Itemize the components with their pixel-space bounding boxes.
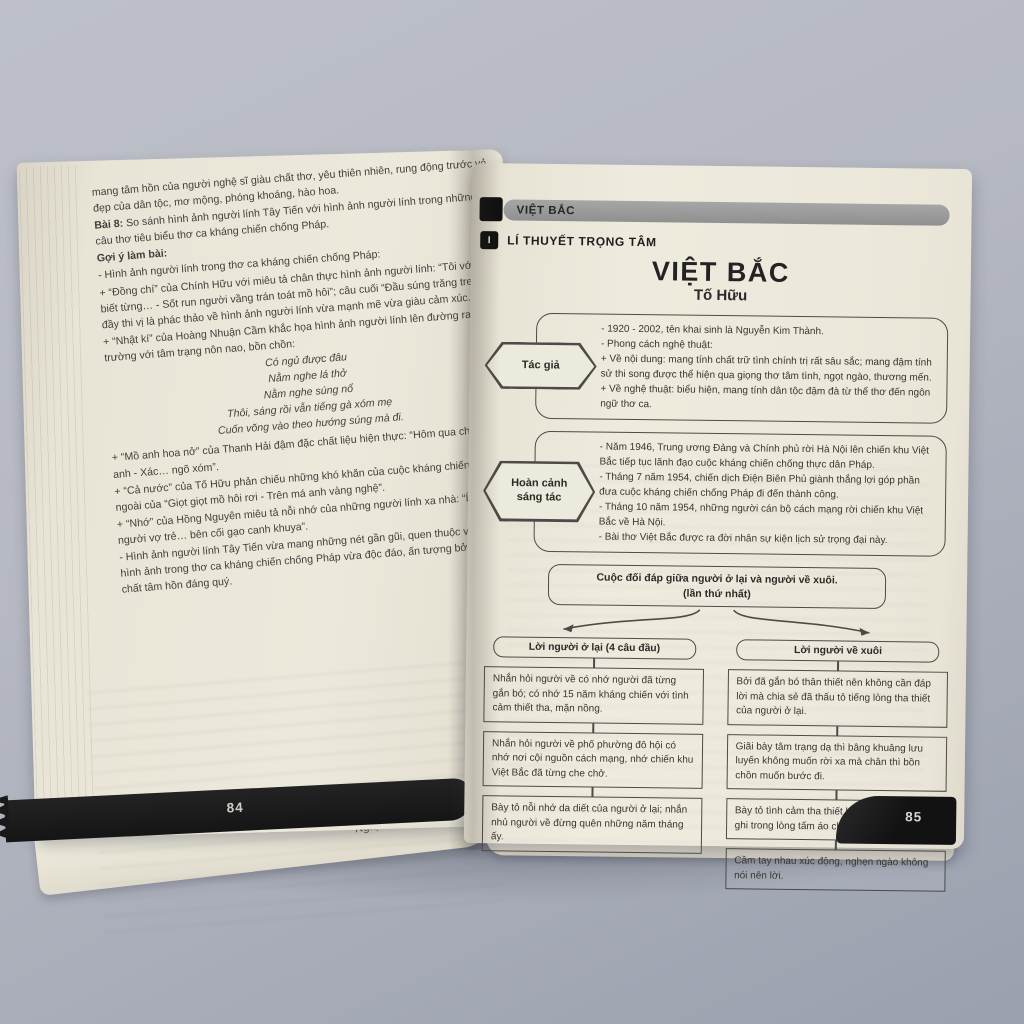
section-title: LÍ THUYẾT TRỌNG TÂM	[507, 233, 657, 249]
chapter-marker-icon	[479, 197, 502, 221]
info-line: - Tháng 10 năm 1954, những người cán bộ …	[599, 500, 933, 534]
author-info-block: Tác giả - 1920 - 2002, tên khai sinh là …	[535, 313, 948, 424]
left-page-text: mang tâm hồn của người nghệ sĩ giàu chất…	[91, 155, 523, 599]
info-line: - Tháng 7 năm 1954, chiến dịch Điện Biên…	[599, 470, 933, 504]
hexagon-label-text: Hoàn cảnh sáng tác	[484, 462, 594, 521]
hexagon-label: Tác giả	[484, 342, 597, 390]
info-line: + Về nội dung: mang tính chất trữ tình c…	[601, 352, 935, 386]
hexagon-label: Hoàn cảnh sáng tác	[483, 460, 596, 522]
chapter-title: VIỆT BẮC	[517, 204, 576, 217]
section-header: I LÍ THUYẾT TRỌNG TÂM	[480, 231, 949, 255]
right-page: VIỆT BẮC I LÍ THUYẾT TRỌNG TÂM VIỆT BẮC …	[464, 163, 972, 849]
page-number-left: 84	[226, 800, 244, 816]
context-info-block: Hoàn cảnh sáng tác - Năm 1946, Trung ươn…	[533, 431, 946, 557]
info-line: - Năm 1946, Trung ương Đảng và Chính phủ…	[599, 440, 933, 474]
info-line: + Về nghệ thuật: biểu hiện, mang tính dâ…	[600, 382, 934, 416]
hexagon-label-text: Tác giả	[486, 343, 596, 388]
page-number-right: 85	[905, 809, 922, 824]
exercise-label: Bài 8:	[94, 218, 124, 232]
left-page: mang tâm hồn của người nghệ sĩ giàu chất…	[17, 149, 522, 838]
section-index-icon: I	[480, 231, 498, 249]
page-number-tab-right: 85	[836, 795, 957, 844]
book-photo: Nghị luận về đoạn thơ mang tâm hồn của n…	[0, 0, 1024, 1024]
info-line: - Bài thơ Việt Bắc được ra đời nhân sự k…	[599, 530, 933, 549]
chapter-header-bar: VIỆT BẮC	[503, 199, 949, 225]
page-stack-edges	[19, 165, 100, 832]
